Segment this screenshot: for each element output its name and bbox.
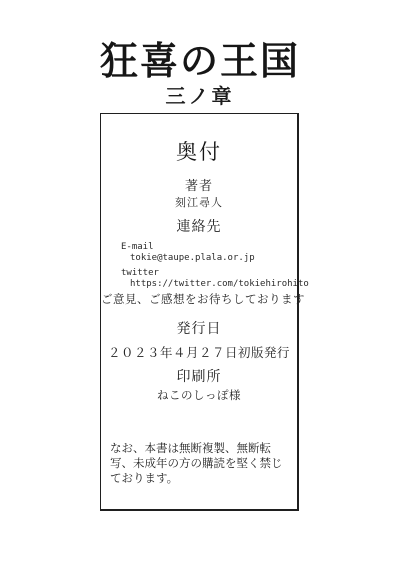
printer-name: ねこのしっぽ様 [101, 387, 297, 403]
page-title: 狂喜の王国 [0, 30, 400, 85]
contact-label: 連絡先 [101, 216, 297, 236]
colophon-box: 奥付 著者 刻江尋人 連絡先 E-mail tokie@taupe.plala.… [100, 113, 299, 511]
contact-block: E-mail tokie@taupe.plala.or.jp twitter h… [121, 242, 309, 289]
publication-date-label: 発行日 [101, 318, 297, 338]
page-subtitle: 三ノ章 [0, 80, 400, 109]
feedback-note: ご意見、ご感想をお待ちしております [101, 291, 297, 307]
disclaimer-note: なお、本書は無断複製、無断転写、未成年の方の購読を堅く禁じております。 [110, 442, 292, 487]
email-value: tokie@taupe.plala.or.jp [121, 253, 309, 264]
twitter-url: https://twitter.com/tokiehirohito [121, 279, 309, 290]
email-label: E-mail [121, 242, 309, 253]
author-label: 著者 [101, 175, 297, 194]
colophon-page: { "page": { "title": "狂喜の王国", "subtitle"… [0, 0, 400, 565]
publication-date-value: ２０２３年４月２７日初版発行 [101, 343, 297, 361]
printer-label: 印刷所 [101, 366, 297, 386]
twitter-label: twitter [121, 268, 309, 279]
author-name: 刻江尋人 [101, 194, 297, 210]
colophon-heading: 奥付 [101, 136, 297, 166]
